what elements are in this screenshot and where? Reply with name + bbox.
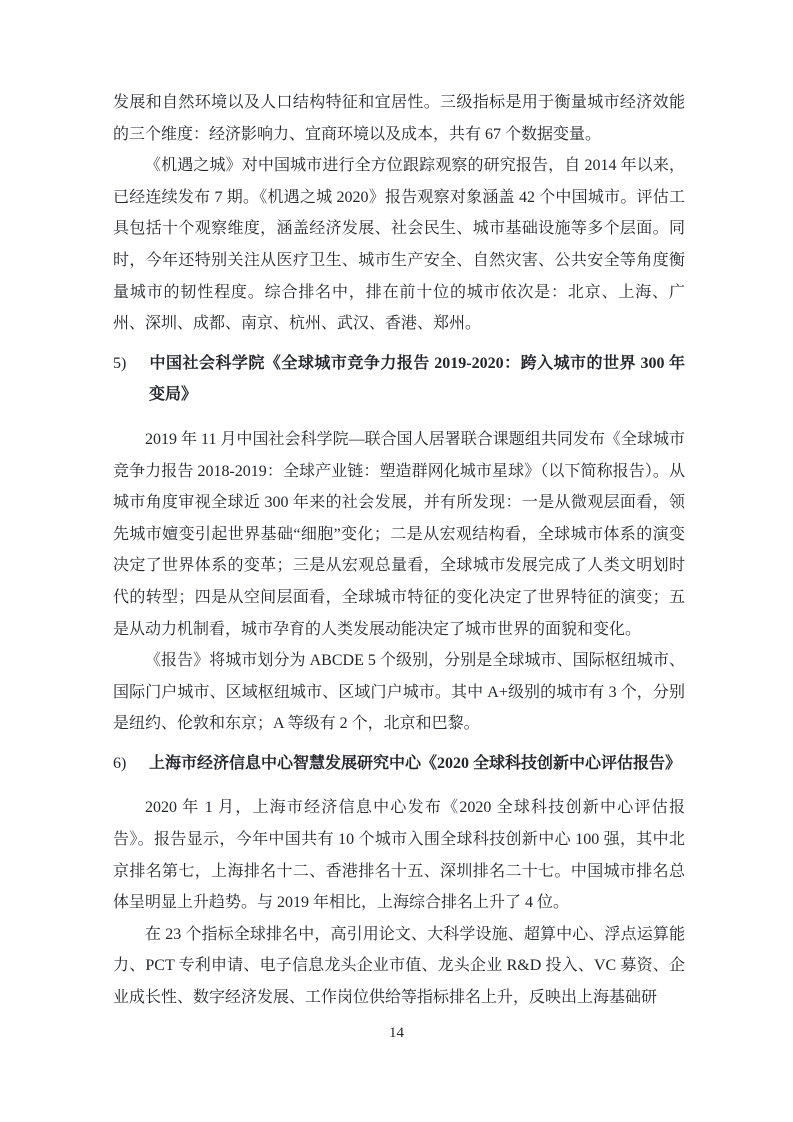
document-page: 发展和自然环境以及人口结构特征和宜居性。三级指标是用于衡量城市经济效能的三个维度… [0,0,793,1122]
page-number: 14 [0,1022,793,1044]
paragraph-cass-report: 2019 年 11 月中国社会科学院—联合国人居署联合课题组共同发布《全球城市竞… [113,424,685,645]
paragraph-city-levels: 《报告》将城市划分为 ABCDE 5 个级别，分别是全球城市、国际枢纽城市、国际… [113,645,685,740]
heading-item-6: 6)上海市经济信息中心智慧发展研究中心《2020 全球科技创新中心评估报告》 [113,748,685,780]
heading-item-5: 5)中国社会科学院《全球城市竞争力报告 2019-2020：跨入城市的世界 30… [113,348,685,411]
paragraph-continuation: 发展和自然环境以及人口结构特征和宜居性。三级指标是用于衡量城市经济效能的三个维度… [113,87,685,150]
paragraph-opportunity-city: 《机遇之城》对中国城市进行全方位跟踪观察的研究报告，自 2014 年以来，已经连… [113,150,685,340]
heading-text: 上海市经济信息中心智慧发展研究中心《2020 全球科技创新中心评估报告》 [149,755,681,772]
heading-text: 中国社会科学院《全球城市竞争力报告 2019-2020：跨入城市的世界 300 … [149,355,685,404]
paragraph-shanghai-report: 2020 年 1 月，上海市经济信息中心发布《2020 全球科技创新中心评估报告… [113,792,685,918]
document-body: 发展和自然环境以及人口结构特征和宜居性。三级指标是用于衡量城市经济效能的三个维度… [113,87,685,1014]
heading-number: 5) [113,348,149,380]
paragraph-indicators: 在 23 个指标全球排名中，高引用论文、大科学设施、超算中心、浮点运算能力、PC… [113,919,685,1014]
heading-number: 6) [113,748,149,780]
